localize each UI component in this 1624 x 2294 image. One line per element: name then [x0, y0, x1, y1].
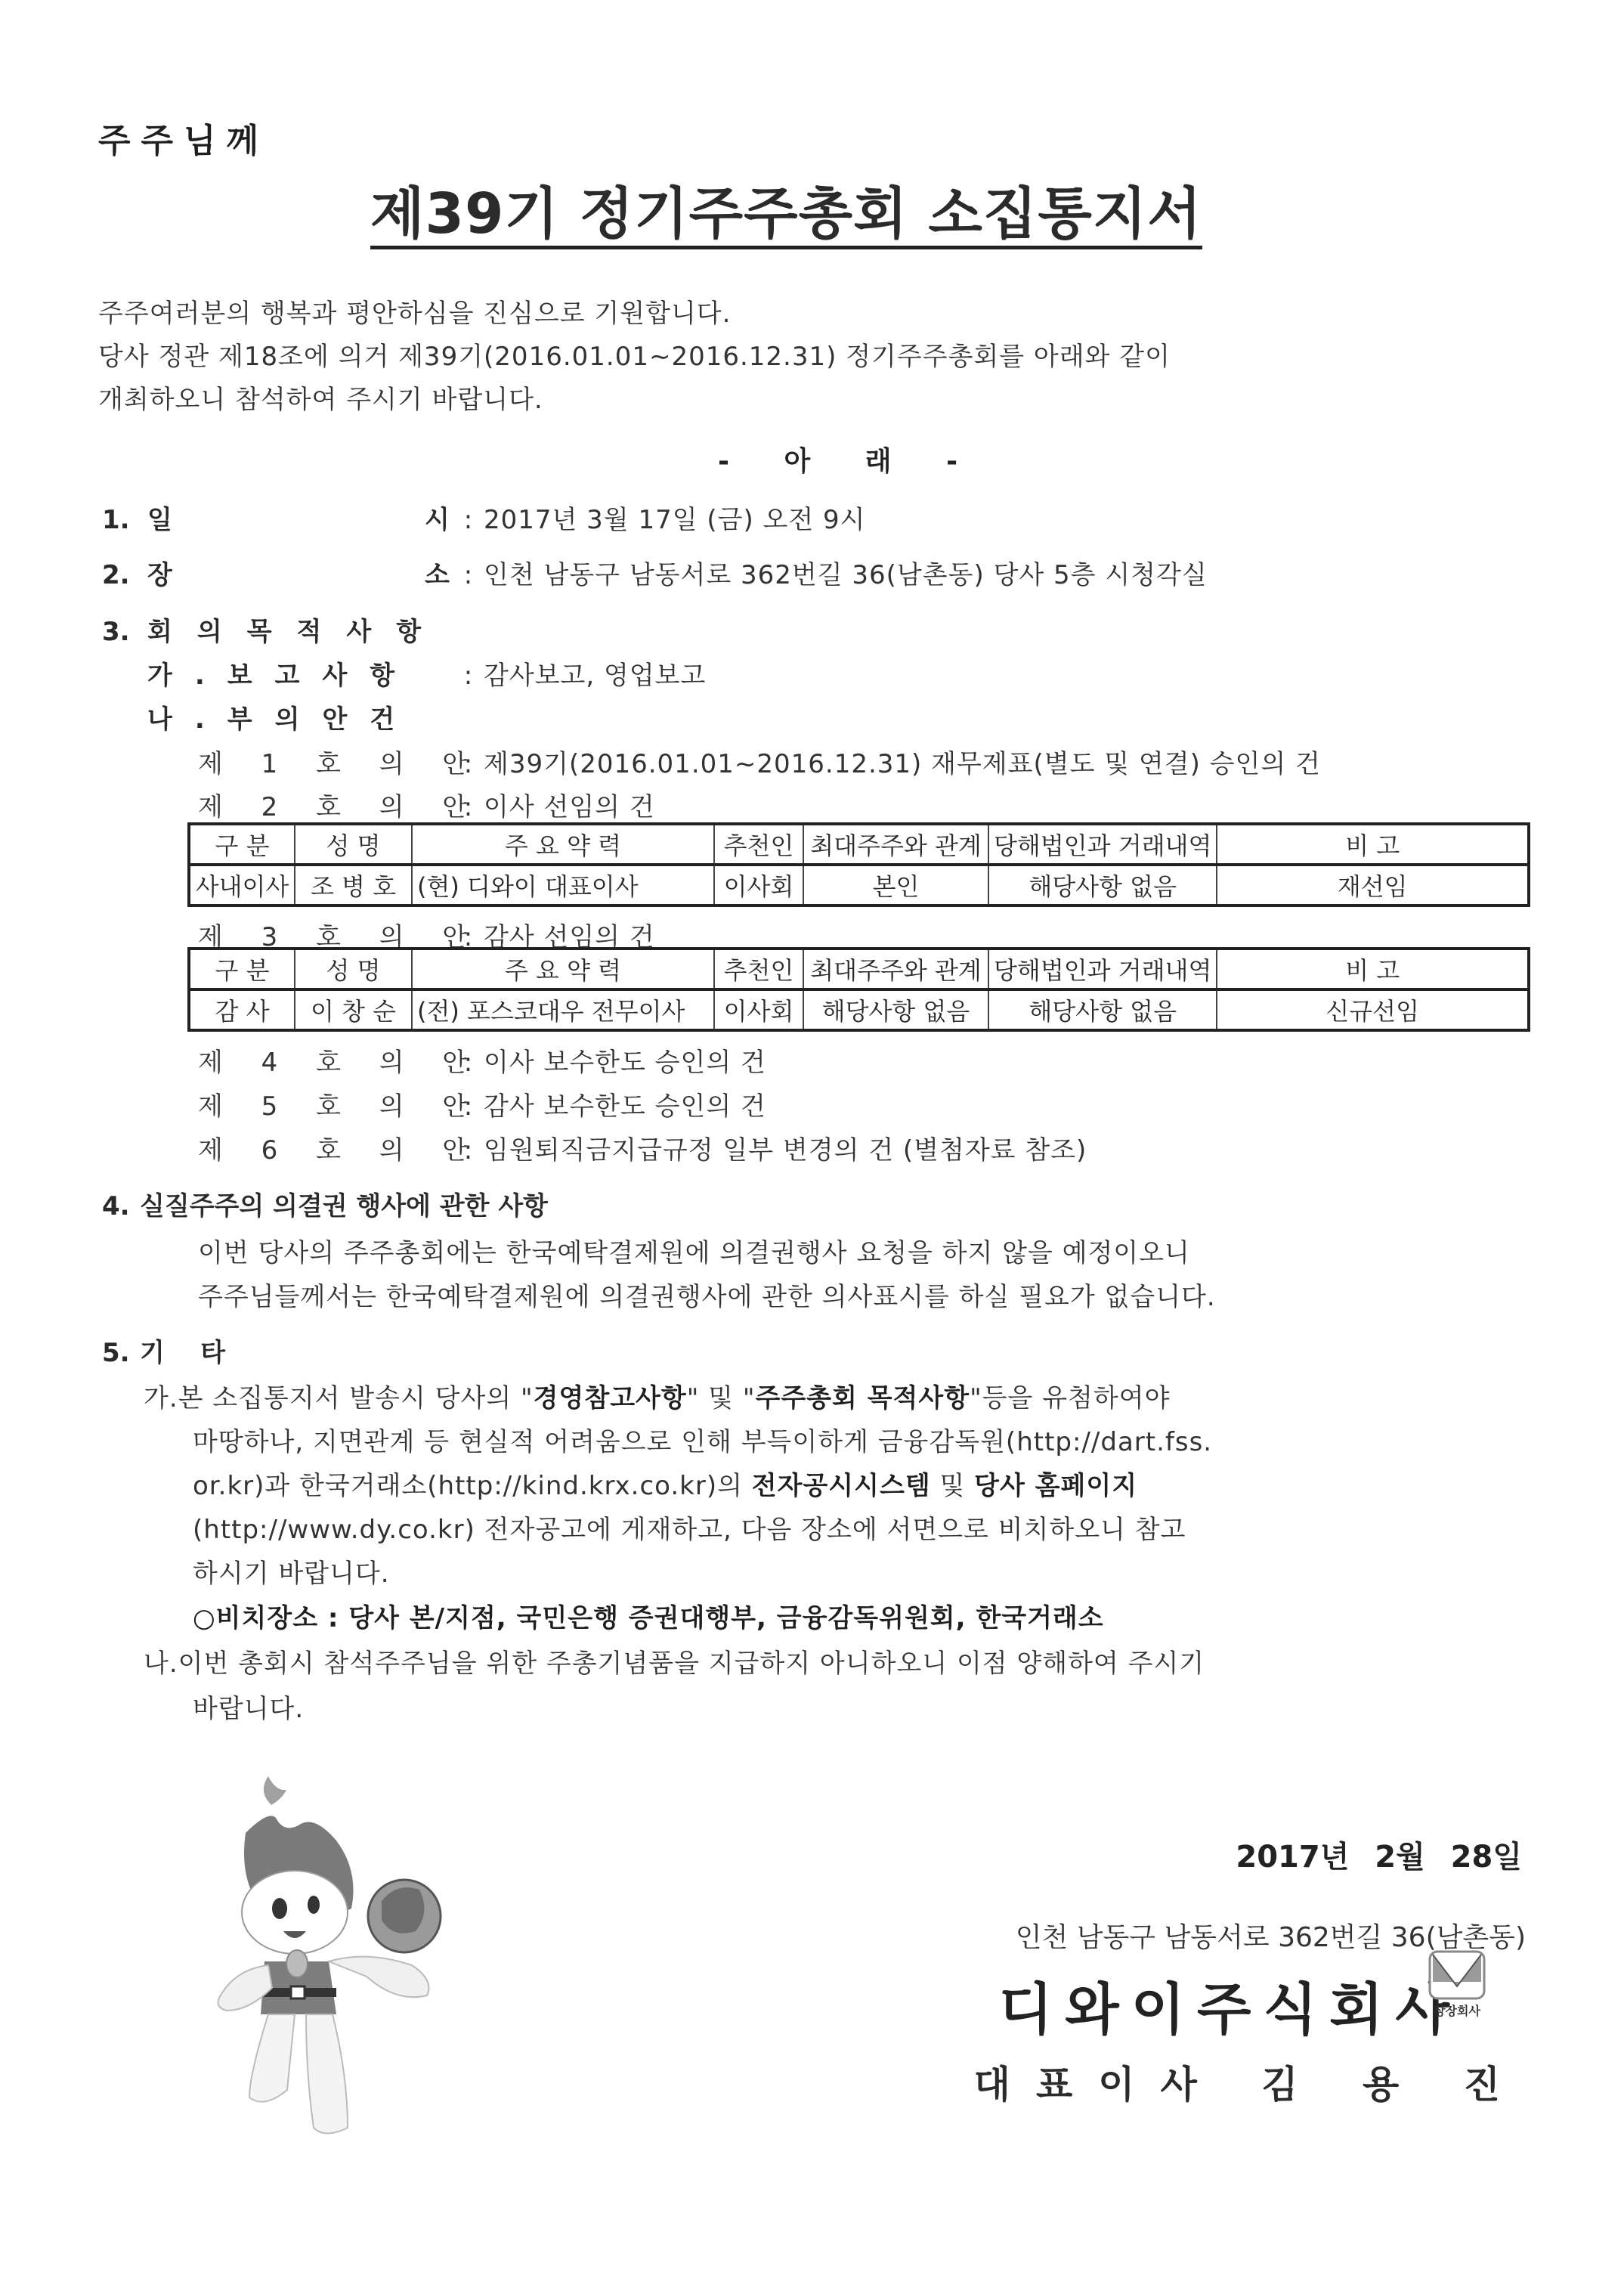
- item-date-label-end: 시: [425, 499, 450, 536]
- proposal-4-label: 제 4 호 의 안: [198, 1042, 482, 1079]
- auditor-candidate-table: 구 분 성 명 주 요 약 력 추천인 최대주주와 관계 당해법인과 거래내역 …: [187, 947, 1530, 1032]
- item-voting-label: 4.실질주주의 의결권 행사에 관한 사항: [102, 1185, 548, 1222]
- proposal-6-label: 제 6 호 의 안: [198, 1129, 482, 1166]
- proposal-1-value: :제39기(2016.01.01~2016.12.31) 재무제표(별도 및 연…: [453, 743, 1321, 780]
- salutation: 주주님께: [98, 113, 269, 162]
- proposal-6-value: :임원퇴직금지급규정 일부 변경의 건 (별첨자료 참조): [453, 1129, 1087, 1166]
- proposal-5-value: :감사 보수한도 승인의 건: [453, 1085, 766, 1122]
- item-date-label: 1.일: [102, 499, 172, 536]
- item-agenda-label: 3.회의목적사항: [102, 611, 446, 648]
- proposal-5-label: 제 5 호 의 안: [198, 1085, 482, 1122]
- table-row: 감 사 이 창 순 (전) 포스코대우 전무이사 이사회 해당사항 없음 해당사…: [189, 989, 1529, 1030]
- other-a-line-4: (http://www.dy.co.kr) 전자공고에 게재하고, 다음 장소에…: [193, 1509, 1186, 1546]
- table-row: 사내이사 조 병 호 (현) 디와이 대표이사 이사회 본인 해당사항 없음 재…: [189, 865, 1529, 906]
- notice-heading: - 아 래 -: [718, 440, 957, 478]
- item-date-value: :2017년 3월 17일 (금) 오전 9시: [453, 499, 866, 536]
- proposal-2-label: 제 2 호 의 안: [198, 786, 482, 823]
- table-header-row: 구 분 성 명 주 요 약 력 추천인 최대주주와 관계 당해법인과 거래내역 …: [189, 949, 1529, 989]
- representative-name: 대표이사 김 용 진: [974, 2054, 1526, 2109]
- item-other-label: 5.기 타: [102, 1332, 225, 1369]
- item-place-value: :인천 남동구 남동서로 362번길 36(남촌동) 당사 5층 시청각실: [453, 554, 1208, 591]
- intro-line-3: 개최하오니 참석하여 주시기 바랍니다.: [98, 387, 543, 413]
- voting-line-2: 주주님들께서는 한국예탁결제원에 의결권행사에 관한 의사표시를 하실 필요가 …: [198, 1276, 1216, 1313]
- other-b-line-2: 바랍니다.: [193, 1688, 304, 1725]
- company-name: 디와이주식회사: [999, 1965, 1462, 2045]
- display-locations: ○비치장소 : 당사 본/지점, 국민은행 증권대행부, 금융감독위원회, 한국…: [193, 1597, 1104, 1634]
- svg-text:상장회사: 상장회사: [1434, 2004, 1480, 2018]
- mascot-illustration: [185, 1761, 487, 2154]
- proposal-2-value: :이사 선임의 건: [453, 786, 655, 823]
- other-a-line-2: 마땅하나, 지면관계 등 현실적 어려움으로 인해 부득이하게 금융감독원(ht…: [193, 1421, 1212, 1458]
- other-a-line-1: 가.본 소집통지서 발송시 당사의 "경영참고사항" 및 "주주총회 목적사항"…: [144, 1377, 1170, 1414]
- page-title: 제39기 정기주주총회 소집통지서: [370, 185, 1202, 249]
- table-header-row: 구 분 성 명 주 요 약 력 추천인 최대주주와 관계 당해법인과 거래내역 …: [189, 824, 1529, 865]
- item-place-label: 2.장: [102, 554, 172, 591]
- voting-line-1: 이번 당사의 주주총회에는 한국예탁결제원에 의결권행사 요청을 하지 않을 예…: [198, 1232, 1190, 1269]
- other-a-line-3: or.kr)과 한국거래소(http://kind.krx.co.kr)의 전자…: [193, 1465, 1137, 1502]
- report-value: :감사보고, 영업보고: [453, 655, 706, 692]
- proposal-1-label: 제 1 호 의 안: [198, 743, 482, 780]
- intro-line-2: 당사 정관 제18조에 의거 제39기(2016.01.01∼2016.12.3…: [98, 344, 1171, 370]
- report-label: 가.보고사항: [147, 655, 417, 692]
- resolution-label: 나.부의안건: [147, 698, 417, 735]
- listed-company-seal-icon: 상장회사: [1427, 1949, 1487, 2021]
- other-b-line-1: 나.이번 총회시 참석주주님을 위한 주총기념품을 지급하지 아니하오니 이점 …: [144, 1642, 1205, 1679]
- proposal-4-value: :이사 보수한도 승인의 건: [453, 1042, 766, 1079]
- other-a-line-5: 하시기 바랍니다.: [193, 1553, 390, 1590]
- notice-date: 2017년 2월 28일: [1236, 1833, 1522, 1876]
- item-place-label-end: 소: [425, 554, 450, 591]
- director-candidate-table: 구 분 성 명 주 요 약 력 추천인 최대주주와 관계 당해법인과 거래내역 …: [187, 822, 1530, 907]
- intro-line-1: 주주여러분의 행복과 평안하심을 진심으로 기원합니다.: [98, 301, 731, 327]
